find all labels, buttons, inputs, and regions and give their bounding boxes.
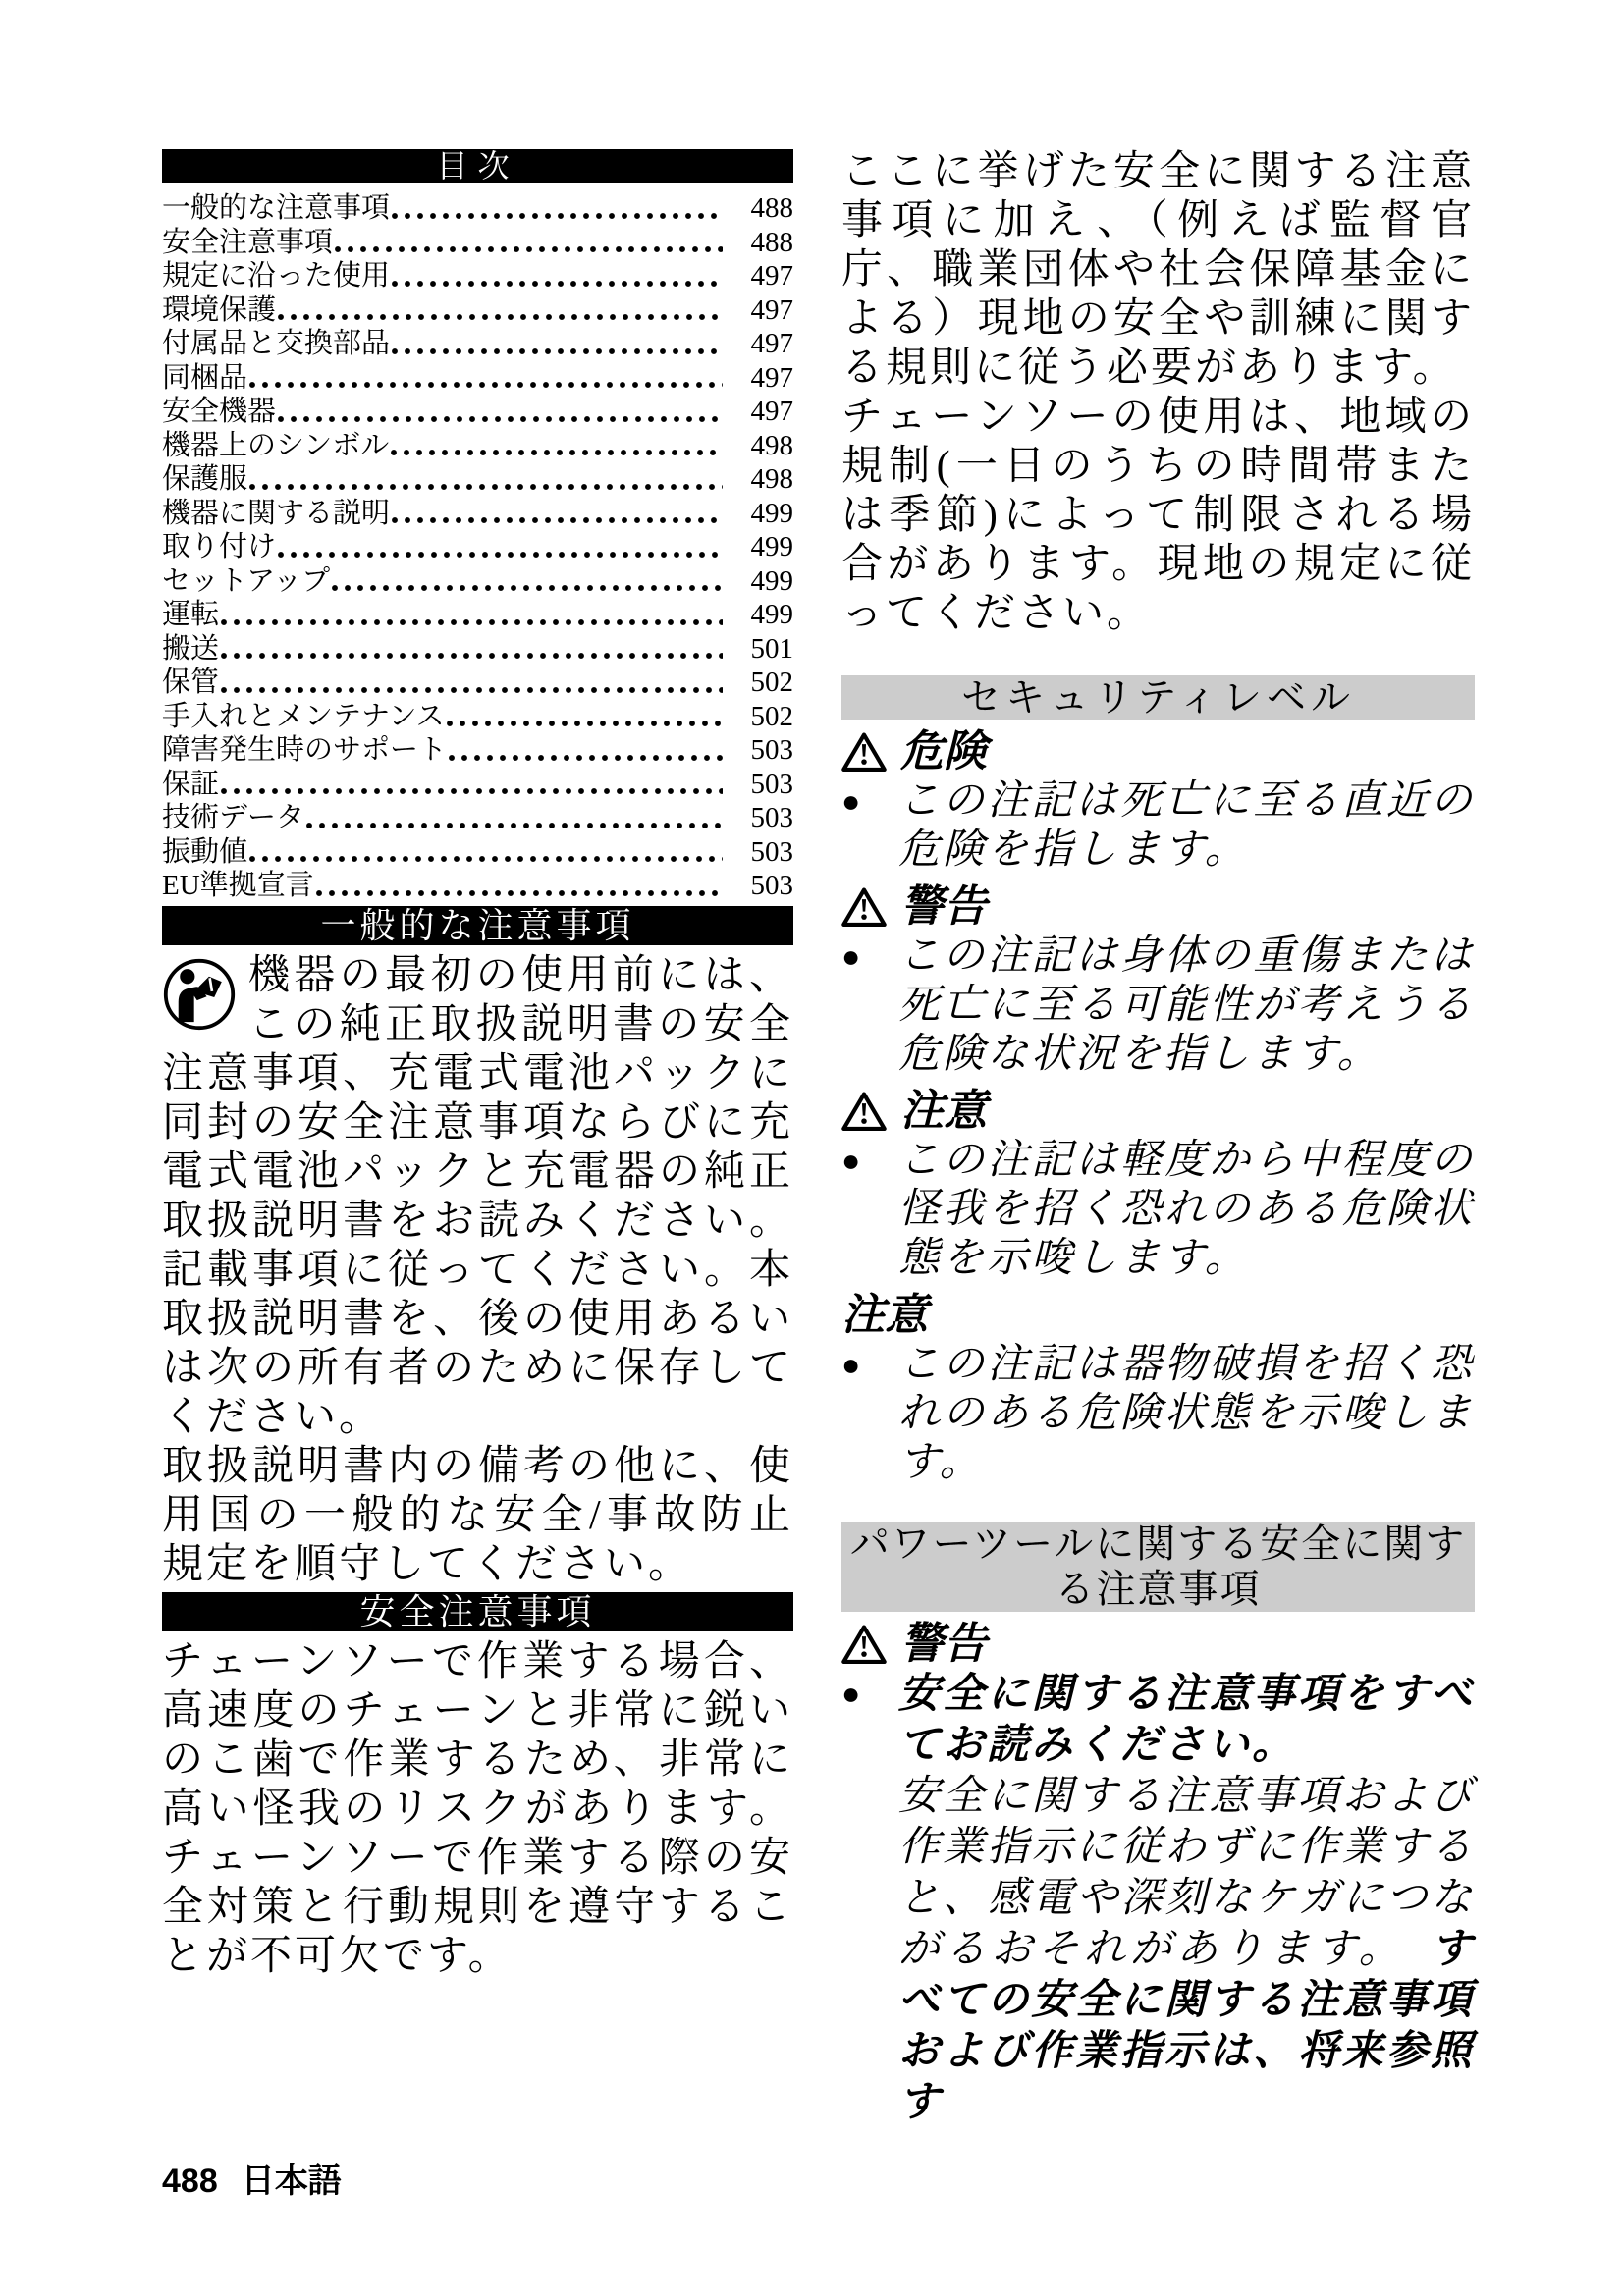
toc-item-page-number: 497 (729, 361, 793, 396)
general-notes-paragraph: 機器の最初の使用前には、この純正取扱説明書の安全注意事項、充電式電池パックに同封… (162, 951, 793, 1442)
toc-item-page-number: 498 (729, 462, 793, 497)
toc-item: 障害発生時のサポート503 (162, 733, 793, 768)
toc-item-page-number: 502 (729, 700, 793, 734)
danger-heading: 危険 (841, 727, 1475, 776)
general-notes-text-2: 取扱説明書内の備考の他に、使用国の一般的な安全/事故防止規定を順守してください。 (162, 1442, 793, 1589)
toc-leader-dots (449, 753, 723, 763)
danger-label: 危険 (900, 727, 987, 776)
toc-item: 手入れとメンテナンス502 (162, 700, 793, 734)
caution-bullet: ● この注記は軽度から中程度の怪我を招く恐れのある危険状態を示唆します。 (841, 1136, 1475, 1283)
toc-item-label: 取り付け (162, 530, 276, 564)
toc-leader-dots (447, 719, 723, 728)
toc-leader-dots (392, 211, 723, 221)
power-tool-title: パワーツールに関する安全に関する注意事項 (850, 1522, 1467, 1611)
general-notes-text: 機器の最初の使用前には、この純正取扱説明書の安全注意事項、充電式電池パックに同封… (162, 953, 793, 1440)
toc-item: 保証503 (162, 768, 793, 802)
general-notes-header-bar: 一般的な注意事項 (162, 906, 793, 945)
notice-heading: 注意 (841, 1291, 1475, 1340)
notice-label: 注意 (841, 1291, 928, 1340)
warning-triangle-icon (841, 886, 887, 928)
toc-leader-dots (392, 515, 723, 525)
toc-item: 環境保護497 (162, 294, 793, 328)
toc-item-page-number: 503 (729, 801, 793, 835)
toc-item-page-number: 497 (729, 259, 793, 294)
read-instruction-manual-icon (162, 957, 237, 1032)
toc-item: 機器に関する説明499 (162, 497, 793, 531)
toc-leader-dots (249, 380, 723, 390)
safety-notes-header-bar: 安全注意事項 (162, 1592, 793, 1631)
toc-item: 搬送501 (162, 632, 793, 667)
warning-description: この注記は身体の重傷または死亡に至る可能性が考えうる危険な状況を指します。 (898, 932, 1475, 1079)
toc-item-label: 障害発生時のサポート (162, 733, 447, 768)
toc-item: 安全機器497 (162, 395, 793, 429)
bullet-icon: ● (841, 776, 898, 875)
toc-item-page-number: 488 (729, 226, 793, 260)
toc-item-page-number: 503 (729, 768, 793, 802)
toc-item-page-number: 497 (729, 327, 793, 361)
toc-item-label: 安全機器 (162, 395, 276, 429)
toc-title: 目次 (436, 148, 518, 184)
toc-header-bar: 目次 (162, 149, 793, 183)
toc-item: 付属品と交換部品497 (162, 327, 793, 361)
toc-leader-dots (392, 279, 723, 289)
power-tool-bullet: ● 安全に関する注意事項をすべてお読みください。 安全に関する注意事項および作業… (841, 1669, 1475, 2128)
toc-item-page-number: 498 (729, 429, 793, 463)
toc-leader-dots (306, 821, 723, 830)
toc-item-label: 同梱品 (162, 361, 247, 396)
intro-paragraph-1: ここに挙げた安全に関する注意事項に加え、（例えば監督官庁、職業団体や社会保障基金… (841, 147, 1475, 393)
danger-bullet: ● この注記は死亡に至る直近の危険を指します。 (841, 776, 1475, 875)
toc-leader-dots (221, 651, 723, 661)
bullet-icon: ● (841, 932, 898, 1079)
warning-label: 警告 (900, 882, 987, 932)
toc-list: 一般的な注意事項488安全注意事項488規定に沿った使用497環境保護497付属… (162, 191, 793, 903)
toc-item: 保護服498 (162, 462, 793, 497)
warning-bullet: ● この注記は身体の重傷または死亡に至る可能性が考えうる危険な状況を指します。 (841, 932, 1475, 1079)
toc-item: 同梱品497 (162, 361, 793, 396)
toc-item: 一般的な注意事項488 (162, 191, 793, 226)
toc-item-label: 規定に沿った使用 (162, 259, 390, 294)
toc-item: 技術データ503 (162, 801, 793, 835)
toc-item-label: 機器に関する説明 (162, 497, 390, 531)
toc-leader-dots (316, 888, 723, 898)
power-tool-explanation: 安全に関する注意事項および作業指示に従わずに作業すると、感電や深刻なケガにつなが… (898, 1771, 1475, 2128)
toc-leader-dots (332, 583, 723, 593)
safety-notes-title: 安全注意事項 (359, 1592, 595, 1631)
general-notes-title: 一般的な注意事項 (320, 906, 634, 945)
toc-item-page-number: 499 (729, 564, 793, 599)
security-level-header-bar: セキュリティレベル (841, 675, 1475, 720)
warning-triangle-icon (841, 1091, 887, 1132)
page-footer: 488日本語 (162, 2162, 342, 2201)
toc-item: 振動値503 (162, 835, 793, 870)
power-tool-warning-heading: 警告 (841, 1620, 1475, 1669)
intro-paragraph-2: チェーンソーの使用は、地域の規制(一日のうちの時間帯または季節)によって制限され… (841, 393, 1475, 638)
danger-description: この注記は死亡に至る直近の危険を指します。 (898, 776, 1475, 875)
toc-item-label: 保護服 (162, 462, 247, 497)
manual-page: 目次 一般的な注意事項488安全注意事項488規定に沿った使用497環境保護49… (0, 0, 1624, 2296)
toc-item-label: 環境保護 (162, 294, 276, 328)
toc-item: 機器上のシンボル498 (162, 429, 793, 463)
toc-item-page-number: 499 (729, 530, 793, 564)
toc-leader-dots (392, 347, 723, 356)
bullet-icon: ● (841, 1669, 898, 2128)
power-tool-warning-label: 警告 (900, 1620, 987, 1669)
toc-item-page-number: 488 (729, 191, 793, 226)
toc-item-label: EU準拠宣言 (162, 869, 314, 903)
warning-triangle-icon (841, 731, 887, 773)
toc-item: EU準拠宣言503 (162, 869, 793, 903)
warning-heading: 警告 (841, 882, 1475, 932)
toc-item-page-number: 497 (729, 395, 793, 429)
notice-bullet: ● この注記は器物破損を招く恐れのある危険状態を示唆します。 (841, 1340, 1475, 1487)
toc-item-page-number: 497 (729, 294, 793, 328)
toc-leader-dots (249, 482, 723, 492)
power-tool-header-bar: パワーツールに関する安全に関する注意事項 (841, 1522, 1475, 1612)
toc-item-page-number: 502 (729, 666, 793, 700)
toc-item-page-number: 503 (729, 869, 793, 903)
notice-description: この注記は器物破損を招く恐れのある危険状態を示唆します。 (898, 1340, 1475, 1487)
toc-item: 安全注意事項488 (162, 226, 793, 260)
toc-item: 保管502 (162, 666, 793, 700)
toc-item-page-number: 501 (729, 632, 793, 667)
toc-item: 取り付け499 (162, 530, 793, 564)
toc-leader-dots (278, 414, 723, 424)
bullet-icon: ● (841, 1136, 898, 1283)
footer-page-number: 488 (162, 2163, 218, 2200)
left-column: 目次 一般的な注意事項488安全注意事項488規定に沿った使用497環境保護49… (162, 149, 793, 1981)
toc-item-label: 保証 (162, 768, 219, 802)
footer-language: 日本語 (242, 2163, 342, 2200)
toc-leader-dots (278, 312, 723, 322)
toc-leader-dots (335, 244, 723, 254)
toc-leader-dots (278, 550, 723, 560)
caution-label: 注意 (900, 1087, 987, 1136)
bullet-icon: ● (841, 1340, 898, 1487)
toc-item-label: 一般的な注意事項 (162, 191, 390, 226)
toc-item-label: 保管 (162, 666, 219, 700)
toc-leader-dots (221, 617, 723, 627)
caution-heading: 注意 (841, 1087, 1475, 1136)
toc-item-page-number: 499 (729, 598, 793, 632)
toc-item: セットアップ499 (162, 564, 793, 599)
toc-item-label: 振動値 (162, 835, 247, 870)
power-tool-instruction: 安全に関する注意事項をすべてお読みください。 (898, 1669, 1475, 1771)
toc-item-label: 付属品と交換部品 (162, 327, 390, 361)
toc-item-label: 安全注意事項 (162, 226, 333, 260)
toc-leader-dots (391, 448, 723, 457)
right-column: ここに挙げた安全に関する注意事項に加え、（例えば監督官庁、職業団体や社会保障基金… (841, 147, 1475, 2128)
toc-item-label: 運転 (162, 598, 219, 632)
toc-leader-dots (249, 854, 723, 864)
toc-item: 規定に沿った使用497 (162, 259, 793, 294)
toc-item-label: 手入れとメンテナンス (162, 700, 445, 734)
toc-leader-dots (221, 786, 723, 796)
warning-triangle-icon (841, 1624, 887, 1665)
safety-notes-paragraph: チェーンソーで作業する場合、高速度のチェーンと非常に鋭いのこ歯で作業するため、非… (162, 1637, 793, 1981)
toc-item-label: 機器上のシンボル (162, 429, 389, 463)
toc-item: 運転499 (162, 598, 793, 632)
caution-description: この注記は軽度から中程度の怪我を招く恐れのある危険状態を示唆します。 (898, 1136, 1475, 1283)
toc-item-page-number: 503 (729, 835, 793, 870)
security-level-title: セキュリティレベル (961, 675, 1355, 720)
toc-item-page-number: 499 (729, 497, 793, 531)
toc-leader-dots (221, 685, 723, 695)
toc-item-label: セットアップ (162, 564, 330, 599)
toc-item-label: 搬送 (162, 632, 219, 667)
toc-item-page-number: 503 (729, 733, 793, 768)
toc-item-label: 技術データ (162, 801, 304, 835)
